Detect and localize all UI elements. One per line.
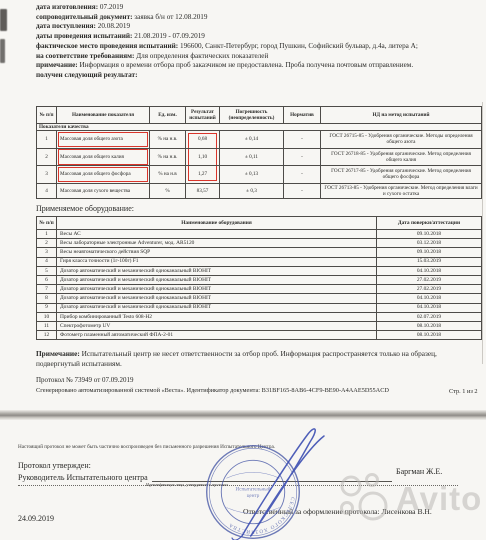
equipment-cell-date: 08.10.2018 (377, 331, 482, 340)
equipment-cell-name: Весы АС (57, 230, 377, 239)
results-table-body: 1Массовая доля общего азота% на н.в.0,68… (37, 131, 482, 199)
results-header-cell: Ед. изм. (150, 107, 186, 124)
approved-label: Протокол утвержден: (18, 461, 91, 470)
equipment-cell-date: 09.10.2018 (377, 230, 482, 239)
results-cell: ± 0,3 (220, 183, 284, 198)
equipment-row: 6Дозатор автоматический и механический о… (37, 275, 482, 284)
meta-field: примечание: Информация о времени отбора … (36, 61, 460, 71)
equipment-cell-date: 08.10.2018 (377, 321, 482, 330)
equipment-cell-name: Дозатор автоматический и механический од… (57, 303, 377, 312)
meta-field-value: 20.08.2019 (96, 22, 130, 30)
equipment-row: 8Дозатор автоматический и механический о… (37, 294, 482, 303)
meta-field: сопроводительный документ: заявка б/н от… (36, 13, 460, 23)
note-text: Испытательный центр не несет ответственн… (36, 349, 437, 368)
equipment-cell-date: 15.03.2019 (377, 257, 482, 266)
meta-field-label: на соответствие требованиям: (36, 52, 134, 60)
equipment-cell-date: 27.02.2019 (377, 285, 482, 294)
equipment-header-cell: Наименование оборудования (57, 217, 377, 230)
results-row: 4Массовая доля сухого вещества%83,57± 0,… (37, 183, 482, 198)
meta-field-value: Информация о времени отбора проб заказчи… (78, 61, 413, 69)
equipment-cell-num: 3 (37, 248, 57, 257)
meta-field: получен следующий результат: (36, 71, 460, 81)
head-of-center-label: Руководитель Испытательного центра (18, 473, 148, 482)
page-edge-line (482, 102, 483, 364)
results-cell: 4 (37, 183, 57, 198)
results-cell: Массовая доля общего азота (57, 131, 150, 149)
results-cell: 83,57 (186, 183, 220, 198)
equipment-cell-num: 1 (37, 230, 57, 239)
scan-edge-mark (0, 39, 5, 63)
meta-field-label: примечание: (36, 61, 78, 69)
equipment-cell-name: Дозатор автоматический и механический од… (57, 275, 377, 284)
equipment-table-body: 1Весы АС09.10.20182Весы лабораторные эле… (37, 230, 482, 340)
results-cell: 1 (37, 131, 57, 149)
equipment-row: 9Дозатор автоматический и механический о… (37, 303, 482, 312)
equipment-cell-num: 11 (37, 321, 57, 330)
equipment-cell-name: Дозатор автоматический и механический од… (57, 285, 377, 294)
equipment-cell-num: 2 (37, 239, 57, 248)
equipment-cell-name: Спектрофотометр UV (57, 321, 377, 330)
meta-fields: дата изготовления: 07.2019сопроводительн… (36, 3, 460, 81)
page-break-divider (0, 410, 486, 420)
equipment-row: 11Спектрофотометр UV08.10.2018 (37, 321, 482, 330)
results-cell: Массовая доля сухого вещества (57, 183, 150, 198)
results-cell: ± 0,14 (220, 131, 284, 149)
equipment-row: 1Весы АС09.10.2018 (37, 230, 482, 239)
meta-field: фактическое место проведения испытаний: … (36, 42, 460, 52)
results-header-cell: Результат испытаний (186, 107, 220, 124)
equipment-row: 3Весы неавтоматического действия SQP09.1… (37, 248, 482, 257)
results-cell: % на н.в. (150, 148, 186, 166)
results-row: 1Массовая доля общего азота% на н.в.0,68… (37, 131, 482, 149)
meta-field-value: Для определения фактических показателей (134, 52, 268, 60)
results-header-cell: Погрешность (неопределенность) (220, 107, 284, 124)
equipment-cell-date: 03.12.2018 (377, 239, 482, 248)
results-cell: ГОСТ 26715-85 - Удобрения органические. … (321, 131, 482, 149)
equipment-cell-name: Фотометр пламенный автоматический ФПА-2-… (57, 331, 377, 340)
meta-field-value: 21.08.2019 - 07.09.2019 (132, 32, 204, 40)
results-header-row: № п/пНаименование показателяЕд. изм.Резу… (37, 107, 482, 124)
equipment-header-cell: Дата поверки/аттестации (377, 217, 482, 230)
results-cell: ГОСТ 26717-85 - Удобрения органические. … (321, 166, 482, 184)
results-table: № п/пНаименование показателяЕд. изм.Резу… (36, 106, 482, 199)
results-section-label: Показатели качества (37, 124, 482, 131)
results-cell: - (284, 166, 321, 184)
results-header-cell: НД на метод испытаний (321, 107, 482, 124)
meta-field-value: заявка б/н от 12.08.2019 (133, 13, 208, 21)
meta-field-label: фактическое место проведения испытаний: (36, 42, 178, 50)
equipment-cell-name: Дозатор автоматический и механический од… (57, 294, 377, 303)
results-cell: % на н.в. (150, 131, 186, 149)
results-section-row: Показатели качества (37, 124, 482, 131)
note-paragraph: Примечание: Испытательный центр не несет… (36, 349, 472, 369)
handwritten-signature (212, 424, 342, 540)
equipment-table-head: № п/пНаименование оборудованияДата повер… (37, 217, 482, 230)
meta-field: даты проведения испытаний: 21.08.2019 - … (36, 32, 460, 42)
results-cell: 2 (37, 148, 57, 166)
avito-logo-icon (336, 472, 392, 526)
results-table-head: № п/пНаименование показателяЕд. изм.Резу… (37, 107, 482, 131)
equipment-cell-num: 7 (37, 285, 57, 294)
results-cell: - (284, 131, 321, 149)
meta-field-label: даты проведения испытаний: (36, 32, 132, 40)
equipment-cell-num: 8 (37, 294, 57, 303)
equipment-cell-date: 04.10.2018 (377, 294, 482, 303)
meta-field: дата поступления: 20.08.2019 (36, 22, 460, 32)
results-cell: 1,10 (186, 148, 220, 166)
meta-field-value: 196600, Санкт-Петербург, город Пушкин, С… (178, 42, 418, 50)
equipment-cell-name: Гиря класса точности (1г-100г) F1 (57, 257, 377, 266)
avito-watermark: Avito (336, 472, 482, 526)
equipment-row: 4Гиря класса точности (1г-100г) F115.03.… (37, 257, 482, 266)
meta-field-value: 07.2019 (98, 3, 123, 11)
equipment-cell-name: Весы лабораторные электронные Adventurer… (57, 239, 377, 248)
results-row: 2Массовая доля общего калия% на н.в.1,10… (37, 148, 482, 166)
results-cell: - (284, 148, 321, 166)
scan-edge-mark (0, 9, 7, 31)
equipment-cell-date: 02.07.2019 (377, 312, 482, 321)
equipment-cell-num: 4 (37, 257, 57, 266)
meta-field-label: сопроводительный документ: (36, 13, 133, 21)
equipment-cell-date: 27.02.2019 (377, 275, 482, 284)
equipment-row: 7Дозатор автоматический и механический о… (37, 285, 482, 294)
equipment-cell-date: 09.10.2018 (377, 248, 482, 257)
results-header-cell: Наименование показателя (57, 107, 150, 124)
equipment-cell-name: Прибор комбинированный Testo 608-H2 (57, 312, 377, 321)
scanned-protocol-document: дата изготовления: 07.2019сопроводительн… (0, 0, 486, 540)
results-cell: % (150, 183, 186, 198)
equipment-cell-num: 5 (37, 266, 57, 275)
equipment-title: Применяемое оборудование: (36, 204, 134, 213)
equipment-row: 2Весы лабораторные электронные Adventure… (37, 239, 482, 248)
equipment-cell-num: 6 (37, 275, 57, 284)
equipment-row: 10Прибор комбинированный Testo 608-H202.… (37, 312, 482, 321)
equipment-header-cell: № п/п (37, 217, 57, 230)
generated-line: Сгенерировано автоматизированной системо… (36, 387, 436, 394)
approval-date: 24.09.2019 (18, 514, 54, 523)
equipment-cell-date: 04.10.2018 (377, 266, 482, 275)
equipment-cell-num: 9 (37, 303, 57, 312)
results-header-cell: Норматив (284, 107, 321, 124)
protocol-number-line: Протокол № 73949 от 07.09.2019 (36, 376, 134, 384)
equipment-row: 5Дозатор автоматический и механический о… (37, 266, 482, 275)
equipment-table: № п/пНаименование оборудованияДата повер… (36, 216, 482, 340)
results-cell: 0,68 (186, 131, 220, 149)
equipment-cell-date: 04.10.2018 (377, 303, 482, 312)
results-cell: - (284, 183, 321, 198)
results-row: 3Массовая доля общего фосфора% на н.в1,2… (37, 166, 482, 184)
meta-field-label: дата изготовления: (36, 3, 98, 11)
equipment-cell-num: 12 (37, 331, 57, 340)
results-cell: % на н.в (150, 166, 186, 184)
results-cell: ГОСТ 26713-85 - Удобрения органические. … (321, 183, 482, 198)
results-cell: 1,27 (186, 166, 220, 184)
equipment-cell-name: Весы неавтоматического действия SQP (57, 248, 377, 257)
results-cell: ГОСТ 26718-85 - Удобрения органические. … (321, 148, 482, 166)
equipment-header-row: № п/пНаименование оборудованияДата повер… (37, 217, 482, 230)
equipment-row: 12Фотометр пламенный автоматический ФПА-… (37, 331, 482, 340)
meta-field: дата изготовления: 07.2019 (36, 3, 460, 13)
equipment-cell-num: 10 (37, 312, 57, 321)
results-cell: Массовая доля общего калия (57, 148, 150, 166)
meta-field-label: дата поступления: (36, 22, 96, 30)
results-cell: ± 0,11 (220, 148, 284, 166)
page-number-label: Стр. 1 из 2 (449, 388, 478, 395)
meta-field: на соответствие требованиям: Для определ… (36, 52, 460, 62)
equipment-cell-name: Дозатор автоматический и механический од… (57, 266, 377, 275)
results-cell: Массовая доля общего фосфора (57, 166, 150, 184)
note-label: Примечание: (36, 349, 80, 358)
results-header-cell: № п/п (37, 107, 57, 124)
results-cell: 3 (37, 166, 57, 184)
meta-field-label: получен следующий результат: (36, 71, 137, 79)
results-cell: ± 0,13 (220, 166, 284, 184)
avito-wordmark: Avito (396, 480, 482, 518)
